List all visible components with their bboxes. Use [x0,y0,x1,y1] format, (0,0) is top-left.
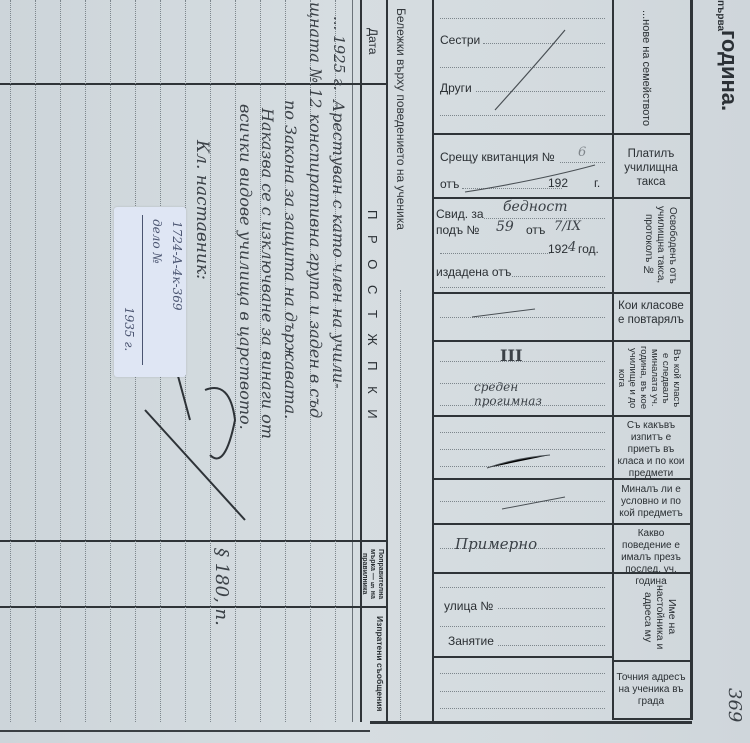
dotted-line [60,0,61,722]
under-number-value: 59 [496,219,514,235]
dotted-line [440,287,605,288]
fee-header: Платилъ училищна такса [616,147,686,189]
dash-mark [485,452,555,472]
receipt-number-value: 6 [578,145,586,160]
certificate-year-digit: 4 [568,240,576,255]
header-year-word: година. [716,30,742,111]
labels-column-left-border [612,0,614,720]
receipt-from-label: отъ [440,177,459,191]
under-number-label: подъ № [436,223,479,237]
dotted-line [110,0,111,722]
dotted-line [400,290,401,720]
conditional-header: Миналъ ли е условно и по кой предметъ [614,484,688,520]
dash-mark [470,305,540,320]
dotted-line [498,608,605,609]
sent-notices-header: Изпратени съобщения [364,612,384,716]
certificate-year-prefix: 192 [548,242,568,256]
remark-line-2: щната № 12 конспиративна група и заден в… [306,2,325,418]
issued-by-label: издадена отъ [436,265,511,279]
street-label: улица № [444,599,493,613]
school-register-page: първа година. 369 ...нове на семейството… [0,0,750,743]
class-teacher-signature-label: Кл. наставник: [192,140,212,280]
dotted-line [440,361,605,362]
header-struck-text: първа [715,0,726,31]
strike-through-mark [460,160,600,195]
guardian-header: Име на настойника и адреса му [632,578,678,656]
dotted-line [440,587,605,588]
dotted-line [440,626,605,627]
archive-slip-code: 1724-А-4к-369 [170,221,184,311]
occupation-label: Занятие [448,634,494,648]
archive-slip: 1724-А-4к-369 дело № 1935 г. [114,207,186,377]
certificate-value: бедност [503,199,567,215]
certificate-date-from-label: отъ [526,223,545,237]
certificate-year-suffix: год. [578,242,599,256]
rule [612,133,690,135]
rule [432,656,612,658]
previous-class-text: среден прогимназ [474,380,584,408]
date-column-header: Дата [366,28,380,55]
dotted-line [440,449,605,450]
previous-class-roman: III [500,346,522,365]
rule [352,0,353,722]
remark-date: ... 1925 г. [330,16,348,90]
remark-line-4: Наказва се с изключване за винаги от [258,108,277,439]
rule [612,660,690,662]
dotted-line [512,276,605,277]
archive-slip-year: 1935 г. [122,307,136,351]
page-border-line [690,0,693,720]
exemption-header: Освободенъ отъ училищна такса, протоколъ… [626,203,678,287]
rule [612,340,690,342]
behavior-value: Примерно [455,535,537,553]
remarks-inner-border [360,0,362,722]
dotted-line [498,645,605,646]
rule [0,540,388,542]
rule [612,523,690,525]
rule [432,415,612,417]
rule [432,292,612,294]
dotted-line [440,691,605,692]
exam-header: Съ какъвъ изпитъ е приетъ въ класа и по … [614,420,688,480]
archive-slip-case: дело № [150,219,164,264]
rule [612,718,690,720]
entries-column-left-border [432,0,434,722]
family-column-header: ...нове на семейството [640,8,652,128]
certificate-date-value: 7/IX [554,219,581,234]
dotted-line [10,0,11,722]
sisters-label: Сестри [440,33,480,47]
strike-through-mark [480,25,570,115]
remark-line-1: Арестуван с като член на учили- [329,100,348,389]
correction-measure-header: Поправителна мърка — § на правилника [364,545,384,603]
previous-class-header: Въ кой класъ е следвалъ миналата уч. год… [624,345,682,411]
dotted-line [440,253,550,254]
dotted-line [35,0,36,722]
rule [612,292,690,294]
repeated-classes-header: Кои класове е повтарялъ [616,299,686,327]
remarks-title: Бележки върху поведението на ученика [394,8,408,230]
rule [612,415,690,417]
dotted-line [440,432,605,433]
rule [432,572,612,574]
dotted-line [440,18,605,19]
rule [432,523,612,525]
dash-mark [500,493,570,513]
certificate-label: Свид. за [436,207,484,221]
others-label: Други [440,81,472,95]
rule [612,197,690,199]
dotted-line [440,708,605,709]
rule [0,730,370,732]
dotted-line [440,115,605,116]
dotted-line [85,0,86,722]
sanction-reference: § 180, п. [211,548,232,626]
rule [432,133,612,135]
remarks-column-border [386,0,388,722]
rule [142,215,143,365]
page-number: 369 [724,688,745,722]
signature [135,360,255,530]
dotted-line [440,673,605,674]
rule [370,721,692,724]
rule [432,340,612,342]
offences-column-header: П Р О С Т Ж П К И [365,210,380,425]
address-header: Точния адресъ на ученика въ града [614,672,688,708]
remark-line-3: по Закона за защита на държавата. [281,100,300,419]
rule [0,606,388,608]
rule [432,478,612,480]
